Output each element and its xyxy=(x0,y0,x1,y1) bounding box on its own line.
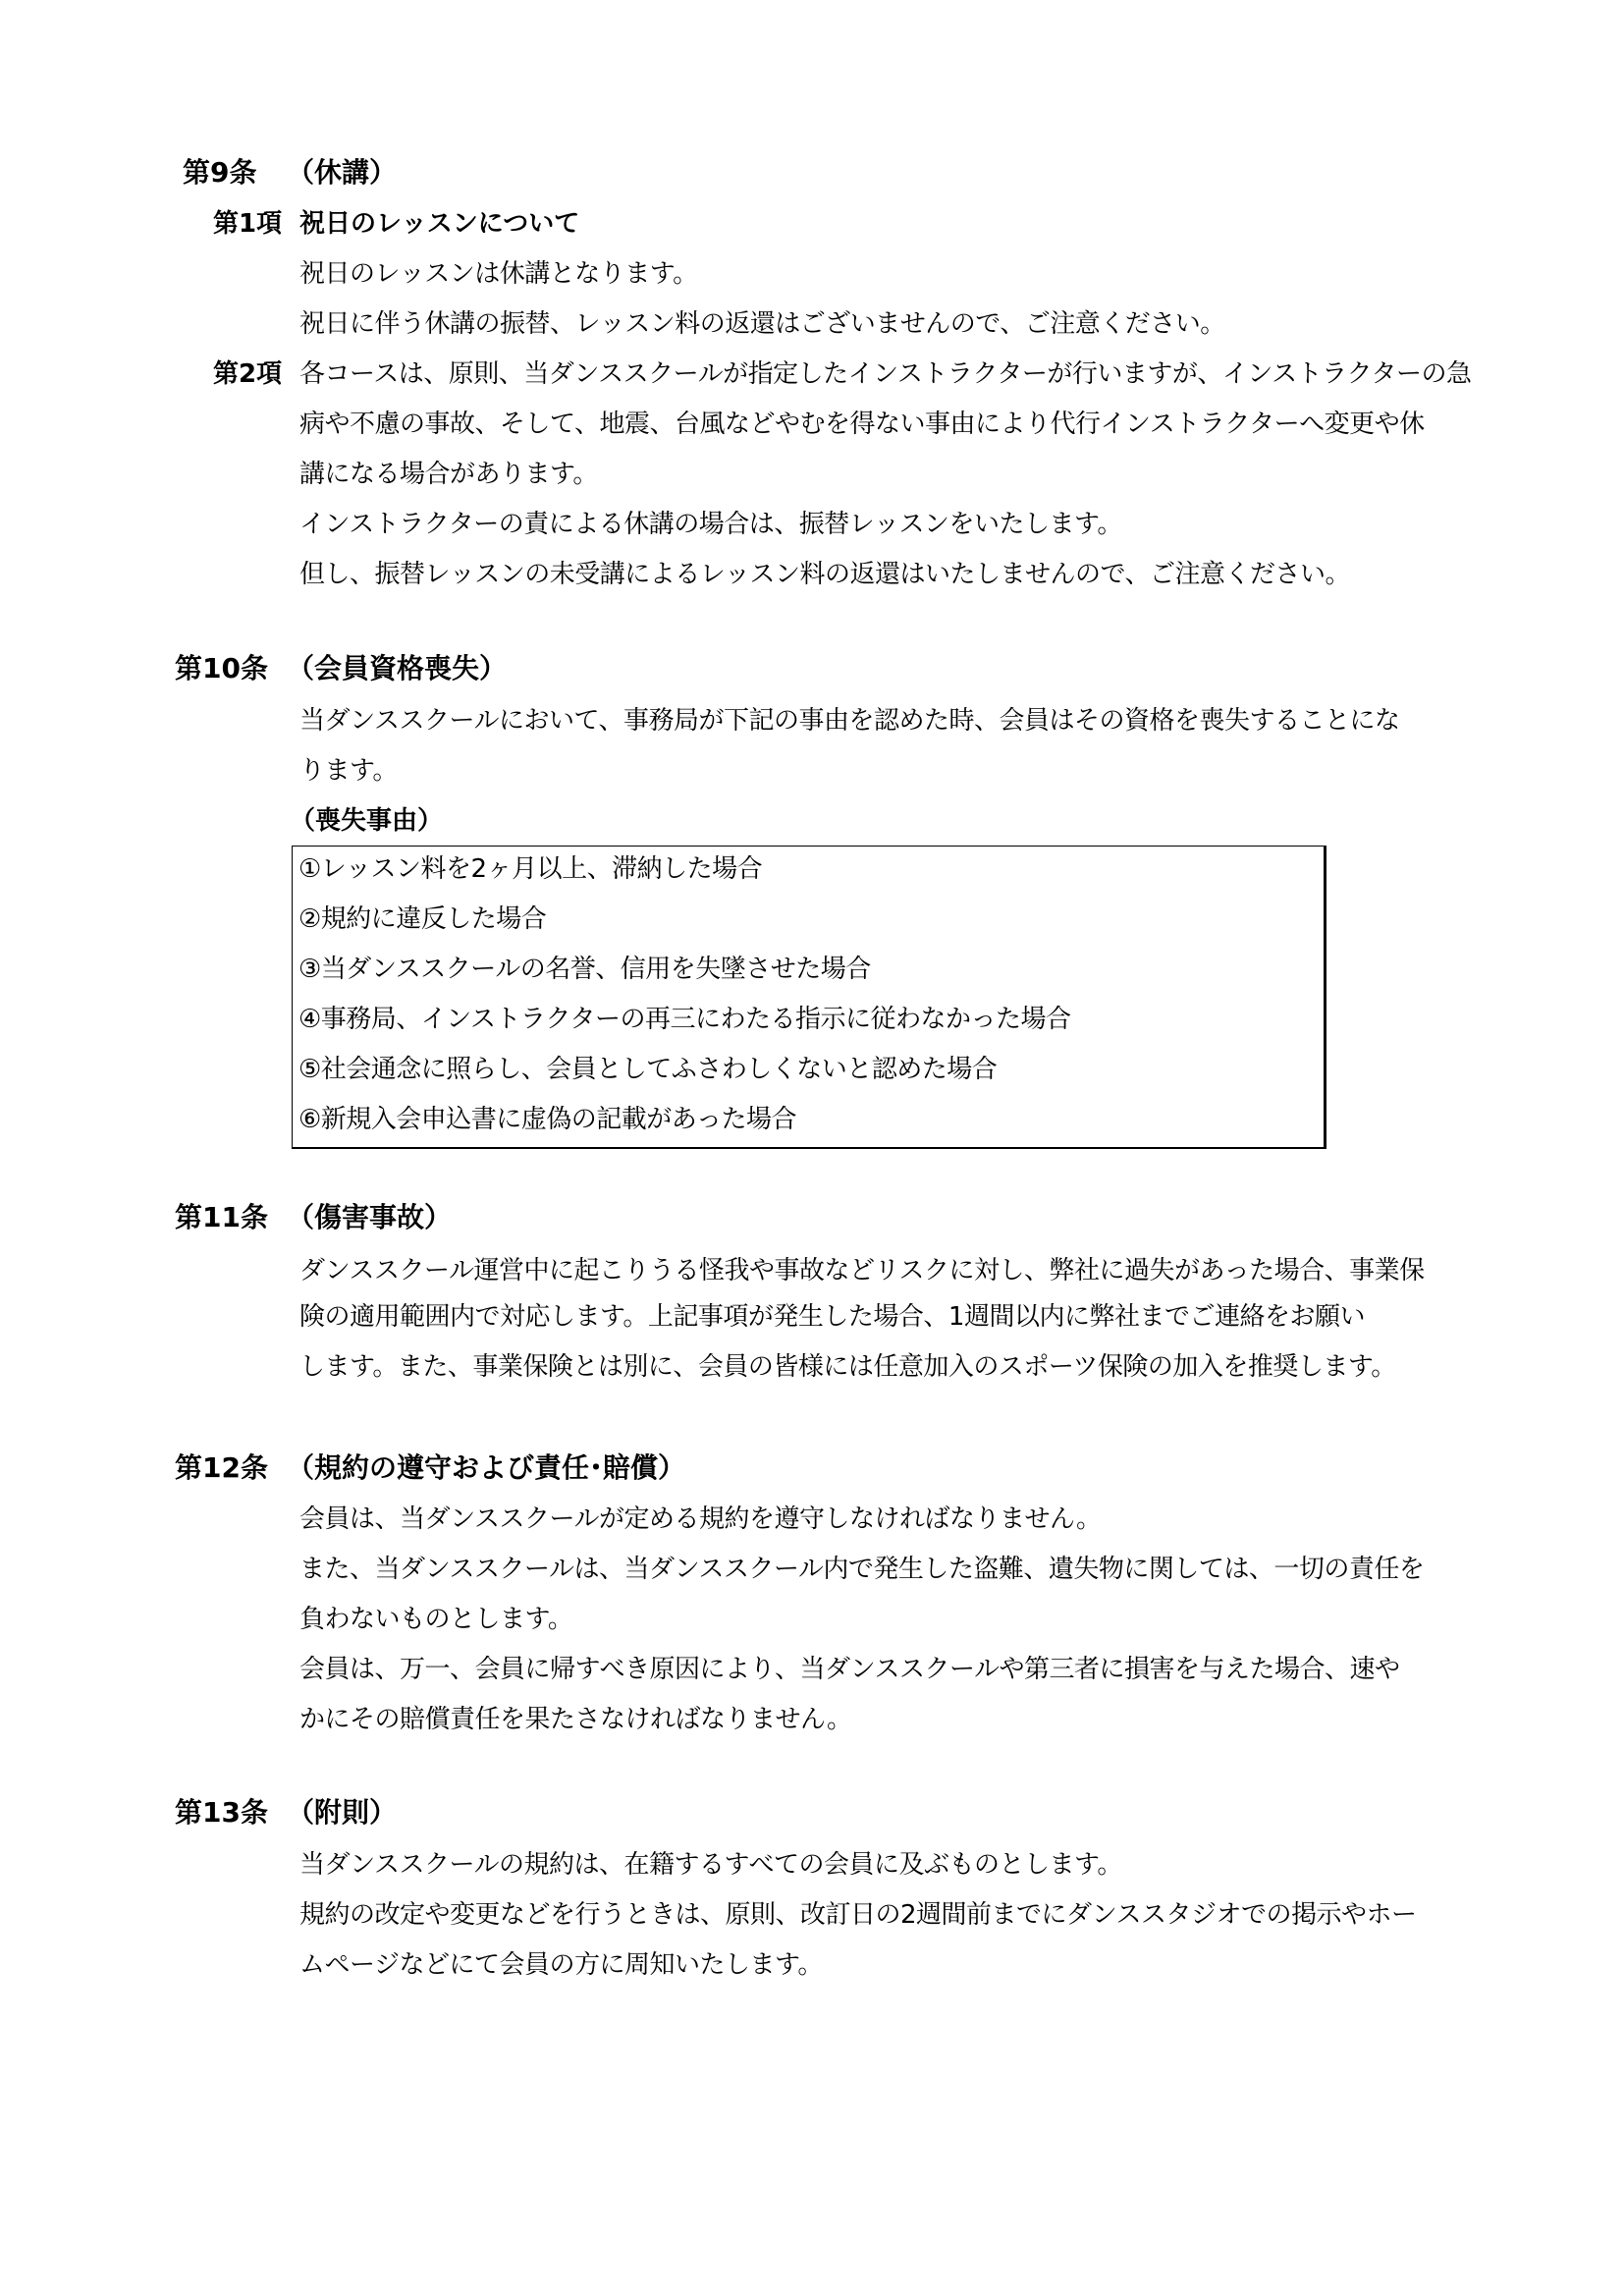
article-title: （規約の遵守および責任･賠償） xyxy=(287,1452,685,1484)
reason-item: ④事務局、インストラクターの再三にわたる指示に従わなかった場合 xyxy=(298,1004,1071,1035)
body-line: ムページなどにて会員の方に周知いたします。 xyxy=(299,1949,823,1981)
clause-title: 祝日のレッスンについて xyxy=(299,208,579,240)
reason-item: ①レッスン料を2ヶ月以上、滞納した場合 xyxy=(298,853,762,885)
body-line: 当ダンススクールの規約は、在籍するすべての会員に及ぶものとします。 xyxy=(299,1849,1122,1881)
reason-item: ⑤社会通念に照らし、会員としてふさわしくないと認めた場合 xyxy=(298,1054,997,1085)
body-line: 講になる場合があります。 xyxy=(299,459,598,490)
clause-number: 第1項 xyxy=(213,208,282,240)
body-line: します。また、事業保険とは別に、会員の皆様には任意加入のスポーツ保険の加入を推奨… xyxy=(299,1351,1396,1383)
body-line: 病や不慮の事故、そして、地震、台風などやむを得ない事由により代行インストラクター… xyxy=(299,409,1425,440)
body-line: ります。 xyxy=(299,755,398,787)
body-line: 負わないものとします。 xyxy=(299,1604,572,1635)
article-number: 第9条 xyxy=(183,157,256,189)
body-line: ダンススクール運営中に起こりうる怪我や事故などリスクに対し、弊社に過失があった場… xyxy=(299,1255,1425,1286)
reason-item: ⑥新規入会申込書に虚偽の記載があった場合 xyxy=(298,1104,796,1135)
body-line: 各コースは、原則、当ダンススクールが指定したインストラクターが行いますが、インス… xyxy=(299,358,1472,390)
reason-item: ③当ダンススクールの名誉、信用を失墜させた場合 xyxy=(298,954,871,985)
body-line: インストラクターの責による休講の場合は、振替レッスンをいたします。 xyxy=(299,509,1122,540)
body-line: 当ダンススクールにおいて、事務局が下記の事由を認めた時、会員はその資格を喪失する… xyxy=(299,705,1399,737)
body-line: 祝日に伴う休講の振替、レッスン料の返還はございませんので、ご注意ください。 xyxy=(299,308,1225,340)
body-line: 規約の改定や変更などを行うときは、原則、改訂日の2週間前までにダンススタジオでの… xyxy=(299,1899,1417,1931)
reasons-heading: （喪失事由） xyxy=(290,805,443,837)
body-line: 険の適用範囲内で対応します。上記事項が発生した場合、1週間以内に弊社までご連絡を… xyxy=(299,1301,1365,1333)
article-number: 第13条 xyxy=(175,1797,268,1829)
clause-number: 第2項 xyxy=(213,358,282,390)
body-line: 祝日のレッスンは休講となります。 xyxy=(299,258,698,290)
body-line: 但し、振替レッスンの未受講によるレッスン料の返還はいたしませんので、ご注意くださ… xyxy=(299,559,1350,590)
article-title: （傷害事故） xyxy=(287,1202,452,1233)
article-title: （附則） xyxy=(287,1797,397,1829)
reasons-box: ①レッスン料を2ヶ月以上、滞納した場合 ②規約に違反した場合 ③当ダンススクール… xyxy=(292,846,1326,1149)
article-number: 第12条 xyxy=(175,1452,268,1484)
reason-item: ②規約に違反した場合 xyxy=(298,903,546,935)
article-title: （休講） xyxy=(287,157,397,189)
article-number: 第10条 xyxy=(175,653,268,684)
body-line: かにその賠償責任を果たさなければなりません。 xyxy=(299,1704,852,1735)
article-title: （会員資格喪失） xyxy=(287,653,507,684)
body-line: 会員は、当ダンススクールが定める規約を遵守しなければなりません。 xyxy=(299,1503,1102,1535)
body-line: また、当ダンススクールは、当ダンススクール内で発生した盗難、遺失物に関しては、一… xyxy=(299,1554,1424,1585)
article-number: 第11条 xyxy=(175,1202,268,1233)
body-line: 会員は、万一、会員に帰すべき原因により、当ダンススクールや第三者に損害を与えた場… xyxy=(299,1654,1399,1685)
